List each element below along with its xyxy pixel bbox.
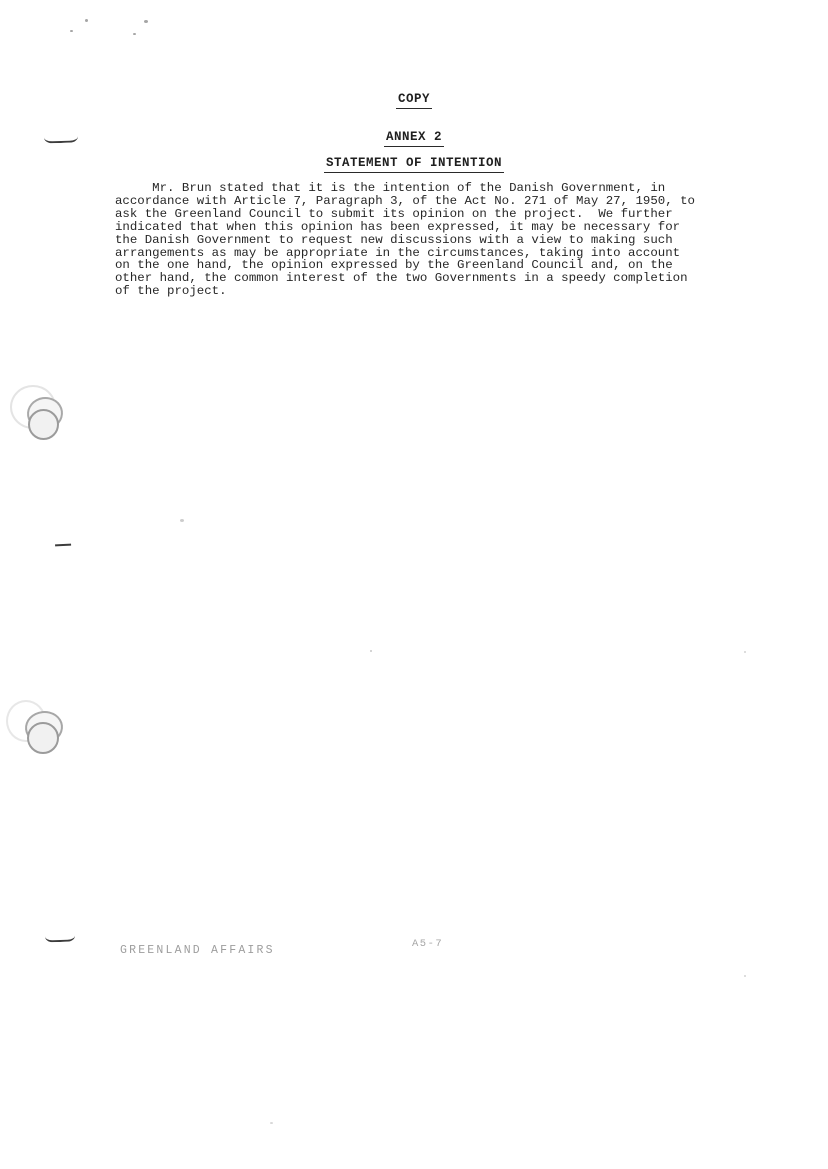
scan-speck <box>270 1122 273 1124</box>
footer-stamp-greenland-affairs: GREENLAND AFFAIRS <box>120 944 275 957</box>
scan-speck <box>144 20 148 23</box>
scan-speck <box>133 33 136 35</box>
binder-dash-mark <box>55 541 71 547</box>
scanned-document-page: COPY ANNEX 2 STATEMENT OF INTENTION Mr. … <box>0 0 828 1169</box>
copy-heading: COPY <box>396 92 432 109</box>
binder-swoosh-mark <box>44 130 78 143</box>
footer-page-mark: A5-7 <box>412 938 443 950</box>
scan-speck <box>370 650 372 652</box>
body-line: of the project. <box>115 285 715 298</box>
annex-heading-row: ANNEX 2 <box>0 127 828 147</box>
scan-speck <box>85 19 88 22</box>
stain-circle <box>28 409 59 440</box>
scan-speck <box>70 30 73 32</box>
scan-speck <box>744 651 746 653</box>
body-paragraph: Mr. Brun stated that it is the intention… <box>115 182 715 298</box>
body-line: Mr. Brun stated that it is the intention… <box>115 182 715 195</box>
statement-title: STATEMENT OF INTENTION <box>324 156 504 173</box>
binder-swoosh-mark <box>45 929 75 942</box>
copy-heading-row: COPY <box>0 89 828 109</box>
body-line: indicated that when this opinion has bee… <box>115 221 715 234</box>
title-heading-row: STATEMENT OF INTENTION <box>0 153 828 173</box>
scan-speck <box>180 519 184 522</box>
annex-heading: ANNEX 2 <box>384 130 444 147</box>
stain-circle <box>27 722 59 754</box>
scan-speck <box>744 975 746 977</box>
body-line: ask the Greenland Council to submit its … <box>115 208 715 221</box>
body-line: the Danish Government to request new dis… <box>115 234 715 247</box>
body-line: accordance with Article 7, Paragraph 3, … <box>115 195 715 208</box>
